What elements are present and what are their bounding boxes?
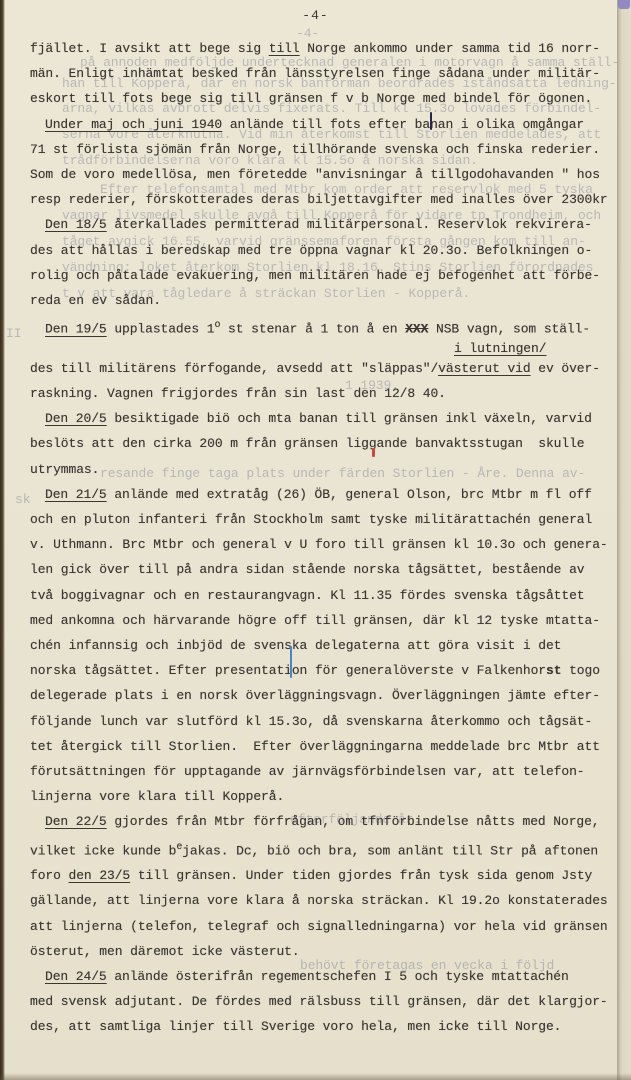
text-segment: linjerna vore klara till Kopperå. bbox=[30, 789, 284, 804]
text-line: män. Enligt inhämtat besked från länssty… bbox=[30, 61, 623, 86]
text-line: foro den 23/5 till gränsen. Under tiden … bbox=[30, 863, 623, 888]
text-segment: Under maj och juni 1940 bbox=[45, 117, 222, 132]
page-number: -4- bbox=[0, 8, 631, 23]
text-segment: med svensk adjutant. De fördes med rälsb… bbox=[30, 994, 608, 1009]
text-segment: fjället. I avsikt att bege sig bbox=[30, 41, 269, 56]
text-line: 71 st förlista sjömän från Norge, tillhö… bbox=[30, 137, 623, 162]
text-segment: Den 18/5 bbox=[45, 217, 107, 232]
text-line: Under maj och juni 1940 anlände till fot… bbox=[30, 112, 623, 137]
text-segment: till bbox=[269, 41, 300, 56]
text-segment: st stenar å 1 ton å en bbox=[220, 322, 405, 337]
text-line: raskning. Vagnen frigjordes från sin las… bbox=[30, 381, 623, 406]
text-segment: jakas. Dc, biö och bra, som anlänt till … bbox=[182, 843, 598, 858]
text-segment: des, att samtliga linjer till Sverige vo… bbox=[30, 1019, 561, 1034]
text-segment: i lutningen/ bbox=[454, 341, 546, 356]
ghost-text-line: II bbox=[6, 326, 21, 341]
text-segment: män. Enligt inhämtat besked från länssty… bbox=[30, 66, 600, 81]
text-line: len gick över till på andra sidan ståend… bbox=[30, 557, 623, 582]
text-line: resp rederier, förskotterades deras bilj… bbox=[30, 187, 623, 212]
text-segment: v. Uthmann. Brc Mtbr och general v U for… bbox=[30, 537, 608, 552]
text-segment: anlände till fots efter banan i olika om… bbox=[222, 117, 584, 132]
text-segment: västerut vid bbox=[438, 361, 530, 376]
text-segment: återkallades permitterad militärpersonal… bbox=[107, 217, 592, 232]
text-segment: följande lunch var slutförd kl 15.3o, då… bbox=[30, 714, 592, 729]
text-segment: des att hållas i beredskap med tre öppna… bbox=[30, 243, 592, 258]
text-line: gällande, att linjerna vore klara å nors… bbox=[30, 888, 623, 913]
ink-smudge-icon bbox=[618, 0, 630, 9]
text-line: Den 20/5 besiktigade biö och mta banan t… bbox=[30, 406, 623, 431]
text-line: två boggivagnar och en restaurangvagn. K… bbox=[30, 583, 623, 608]
text-segment: förutsättningen för upptagande av järnvä… bbox=[30, 764, 585, 779]
text-segment: Som de voro medellösa, men företedde "an… bbox=[30, 167, 600, 182]
text-segment: österut, men däremot icke västerut. bbox=[30, 944, 300, 959]
text-line: Som de voro medellösa, men företedde "an… bbox=[30, 162, 623, 187]
text-segment: chén infannsig och inbjöd de svenska del… bbox=[30, 638, 561, 653]
text-segment: tet återgick till Storlien. Efter överlä… bbox=[30, 739, 600, 754]
text-line: linjerna vore klara till Kopperå. bbox=[30, 784, 623, 809]
text-line: med ankomna och härvarande högre off til… bbox=[30, 608, 623, 633]
text-segment: Den 22/5 bbox=[45, 814, 107, 829]
text-segment: XXX bbox=[405, 322, 428, 337]
text-segment: eskort till fots bege sig till gränsen f… bbox=[30, 91, 592, 106]
document-text: fjället. I avsikt att bege sig till Norg… bbox=[30, 36, 623, 1040]
text-line: reda en ev sådan. bbox=[30, 288, 623, 313]
text-segment: besiktigade biö och mta banan till gräns… bbox=[107, 411, 592, 426]
text-segment: att linjerna (telefon, telegraf och sign… bbox=[30, 919, 608, 934]
text-line: des, att samtliga linjer till Sverige vo… bbox=[30, 1014, 623, 1039]
text-segment: rolig och påtalade evakuering, men milit… bbox=[30, 268, 600, 283]
text-segment: resp rederier, förskotterades deras bilj… bbox=[30, 192, 608, 207]
text-segment: anlände med extratåg (26) ÖB, general Ol… bbox=[107, 487, 592, 502]
text-segment: upplastades 1 bbox=[107, 322, 215, 337]
text-segment: raskning. Vagnen frigjordes från sin las… bbox=[30, 386, 446, 401]
text-segment: den 23/5 bbox=[69, 868, 131, 883]
text-segment: två boggivagnar och en restaurangvagn. K… bbox=[30, 588, 585, 603]
text-line: chén infannsig och inbjöd de svenska del… bbox=[30, 633, 623, 658]
text-segment: Den 24/5 bbox=[45, 969, 107, 984]
text-segment: med ankomna och härvarande högre off til… bbox=[30, 613, 600, 628]
text-segment: st bbox=[546, 663, 561, 678]
text-line: med svensk adjutant. De fördes med rälsb… bbox=[30, 989, 623, 1014]
text-segment: utrymmas. bbox=[30, 462, 99, 477]
text-line: norska tågsättet. Efter presentation för… bbox=[30, 658, 623, 683]
text-line: Den 19/5 upplastades 1o st stenar å 1 to… bbox=[30, 313, 623, 342]
text-line: fjället. I avsikt att bege sig till Norg… bbox=[30, 36, 623, 61]
text-segment: Den 20/5 bbox=[45, 411, 107, 426]
text-line: att linjerna (telefon, telegraf och sign… bbox=[30, 914, 623, 939]
text-line: v. Uthmann. Brc Mtbr och general v U for… bbox=[30, 532, 623, 557]
red-mark-banvaktsstugan bbox=[372, 448, 375, 457]
text-segment: NSB vagn, som ställ- bbox=[428, 322, 590, 337]
text-line: följande lunch var slutförd kl 15.3o, då… bbox=[30, 709, 623, 734]
text-segment: reda en ev sådan. bbox=[30, 293, 161, 308]
scanned-page: -4-på annoden medföljde undertecknad gen… bbox=[0, 0, 631, 1080]
text-segment: Norge ankommo under samma tid 16 norr- bbox=[300, 41, 600, 56]
text-line: eskort till fots bege sig till gränsen f… bbox=[30, 86, 623, 111]
paper-bottom-edge bbox=[0, 1073, 631, 1080]
text-segment: Den 19/5 bbox=[45, 322, 107, 337]
text-line: i lutningen/ bbox=[30, 342, 623, 356]
text-segment: 71 st förlista sjömän från Norge, tillhö… bbox=[30, 142, 600, 157]
pen-stroke-infann bbox=[290, 646, 292, 678]
text-segment: togo bbox=[561, 663, 600, 678]
text-line: delegerade plats i en norsk överläggning… bbox=[30, 683, 623, 708]
text-segment: ev över- bbox=[531, 361, 600, 376]
pen-tick-banan bbox=[430, 112, 432, 130]
ghost-text-line: sk bbox=[15, 492, 30, 507]
text-line: Den 21/5 anlände med extratåg (26) ÖB, g… bbox=[30, 482, 623, 507]
text-segment: Den 21/5 bbox=[45, 487, 107, 502]
text-segment: beslöts att den cirka 200 m från gränsen… bbox=[30, 436, 585, 451]
text-line: des att hållas i beredskap med tre öppna… bbox=[30, 238, 623, 263]
text-line: Den 22/5 gjordes från Mtbr förfrågan, om… bbox=[30, 809, 623, 834]
text-line: österut, men däremot icke västerut. bbox=[30, 939, 623, 964]
text-line: och en pluton infanteri från Stockholm s… bbox=[30, 507, 623, 532]
text-segment: foro bbox=[30, 868, 69, 883]
text-segment: norska tågsättet. Efter presentation för… bbox=[30, 663, 546, 678]
text-line: beslöts att den cirka 200 m från gränsen… bbox=[30, 431, 623, 456]
text-segment: delegerade plats i en norsk överläggning… bbox=[30, 688, 600, 703]
text-line: förutsättningen för upptagande av järnvä… bbox=[30, 759, 623, 784]
text-segment: anlände österifrån regementschefen I 5 o… bbox=[107, 969, 569, 984]
text-line: Den 18/5 återkallades permitterad militä… bbox=[30, 212, 623, 237]
text-segment: till gränsen. Under tiden gjordes från t… bbox=[130, 868, 592, 883]
text-line: utrymmas. bbox=[30, 457, 623, 482]
text-line: vilket icke kunde bejakas. Dc, biö och b… bbox=[30, 835, 623, 864]
text-segment: vilket icke kunde b bbox=[30, 843, 176, 858]
paper-right-edge bbox=[617, 0, 631, 1080]
text-segment: des till militärens förfogande, avsedd a… bbox=[30, 361, 438, 376]
text-segment: len gick över till på andra sidan ståend… bbox=[30, 562, 585, 577]
text-line: des till militärens förfogande, avsedd a… bbox=[30, 356, 623, 381]
text-segment: gällande, att linjerna vore klara å nors… bbox=[30, 893, 608, 908]
text-segment: gjordes från Mtbr förfrågan, om tfnförbi… bbox=[107, 814, 600, 829]
paper-left-edge bbox=[0, 0, 5, 1080]
text-line: rolig och påtalade evakuering, men milit… bbox=[30, 263, 623, 288]
text-segment: och en pluton infanteri från Stockholm s… bbox=[30, 512, 592, 527]
text-line: Den 24/5 anlände österifrån regementsche… bbox=[30, 964, 623, 989]
text-line: tet återgick till Storlien. Efter överlä… bbox=[30, 734, 623, 759]
